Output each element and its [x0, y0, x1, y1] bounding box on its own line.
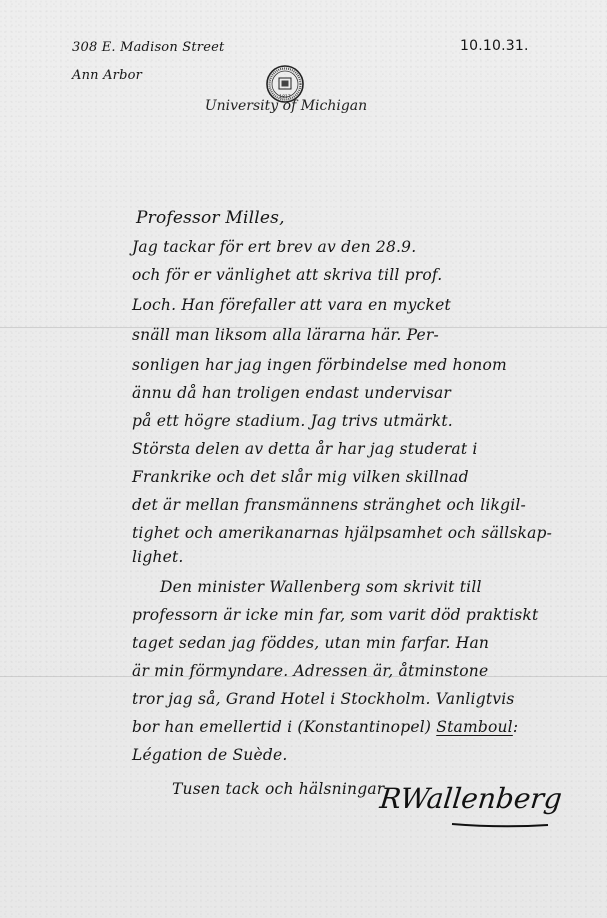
letter-line-text: bor han emellertid i (Konstantinopel) [132, 718, 436, 736]
underlined-word: Stamboul [436, 718, 513, 736]
letter-line: sonligen har jag ingen förbindelse med h… [132, 356, 507, 374]
letterhead-title: University of Michigan [196, 98, 376, 114]
address-line-1: 308 E. Madison Street [72, 40, 224, 55]
signature-underline-flourish [450, 822, 550, 828]
letter-line: tighet och amerikanarnas hjälpsamhet och… [132, 524, 552, 542]
letter-line: det är mellan fransmännens stränghet och… [132, 496, 526, 514]
letter-line: är min förmyndare. Adressen är, åtminsto… [132, 662, 488, 680]
letter-line: och för er vänlighet att skriva till pro… [132, 266, 442, 284]
signature: RWallenberg [378, 782, 563, 815]
letter-line: snäll man liksom alla lärarna här. Per- [132, 326, 439, 344]
letter-line: tror jag så, Grand Hotel i Stockholm. Va… [132, 690, 515, 708]
letter-date: 10.10.31. [460, 38, 529, 54]
closing: Tusen tack och hälsningar [172, 780, 384, 798]
letter-line: ännu då han troligen endast undervisar [132, 384, 451, 402]
letter-line: Jag tackar för ert brev av den 28.9. [132, 238, 416, 256]
legation-line: Légation de Suède. [132, 746, 287, 764]
letter-line: taget sedan jag föddes, utan min farfar.… [132, 634, 489, 652]
letter-line-stamboul: bor han emellertid i (Konstantinopel) St… [132, 718, 518, 736]
letter-line: professorn är icke min far, som varit dö… [132, 606, 538, 624]
letter-line: på ett högre stadium. Jag trivs utmärkt. [132, 412, 453, 430]
letter-line: Största delen av detta år har jag studer… [132, 440, 478, 458]
letter-line: Den minister Wallenberg som skrivit till [160, 578, 482, 596]
letter-line: Frankrike och det slår mig vilken skilln… [132, 468, 469, 486]
letter-line: lighet. [132, 548, 184, 566]
salutation: Professor Milles, [136, 208, 285, 228]
punctuation: : [513, 718, 518, 736]
letter-line: Loch. Han förefaller att vara en mycket [132, 296, 451, 314]
address-line-2: Ann Arbor [72, 68, 142, 83]
